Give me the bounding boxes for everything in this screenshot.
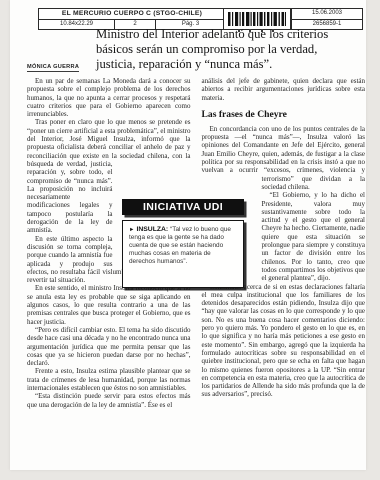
paragraph: En este sentido, el ministro Insulza rec… xyxy=(27,284,191,325)
barcode-icon xyxy=(228,12,286,26)
paragraph: En un par de semanas La Moneda dará a co… xyxy=(27,77,191,118)
pullquote-box-body: ►INSULZA:“Tal vez lo bueno que tenga es … xyxy=(122,220,244,288)
subheading: Las frases de Cheyre xyxy=(202,109,366,120)
headline: Ministro del Interior adelantó que los c… xyxy=(96,27,354,72)
pullquote-speaker: INSULZA: xyxy=(136,226,168,233)
pullquote-box: INICIATIVA UDI ►INSULZA:“Tal vez lo buen… xyxy=(122,199,244,288)
newspaper-clipping-page: EL MERCURIO CUERPO C (STGO-CHILE) 10.84x… xyxy=(10,0,366,470)
paragraph: análisis del jefe de gabinete, quien dec… xyxy=(202,77,366,102)
arrow-bullet-icon: ► xyxy=(129,227,134,233)
pullquote-box-title: INICIATIVA UDI xyxy=(122,199,244,215)
paragraph: Consultado acerca de si en estas declara… xyxy=(202,283,366,399)
byline: MÓNICA GUERRA xyxy=(27,64,79,72)
clipping-date: 15.06.2003 xyxy=(292,9,362,20)
paragraph: “Esta distinción puede servir para estos… xyxy=(27,392,191,409)
paragraph: En concordancia con uno de los puntos ce… xyxy=(202,125,366,191)
paragraph: “Pero es difícil cambiar esto. El tema h… xyxy=(27,326,191,367)
paragraph: Frente a esto, Insulza estima plausible … xyxy=(27,367,191,392)
publication-name: EL MERCURIO CUERPO C (STGO-CHILE) xyxy=(39,9,225,20)
